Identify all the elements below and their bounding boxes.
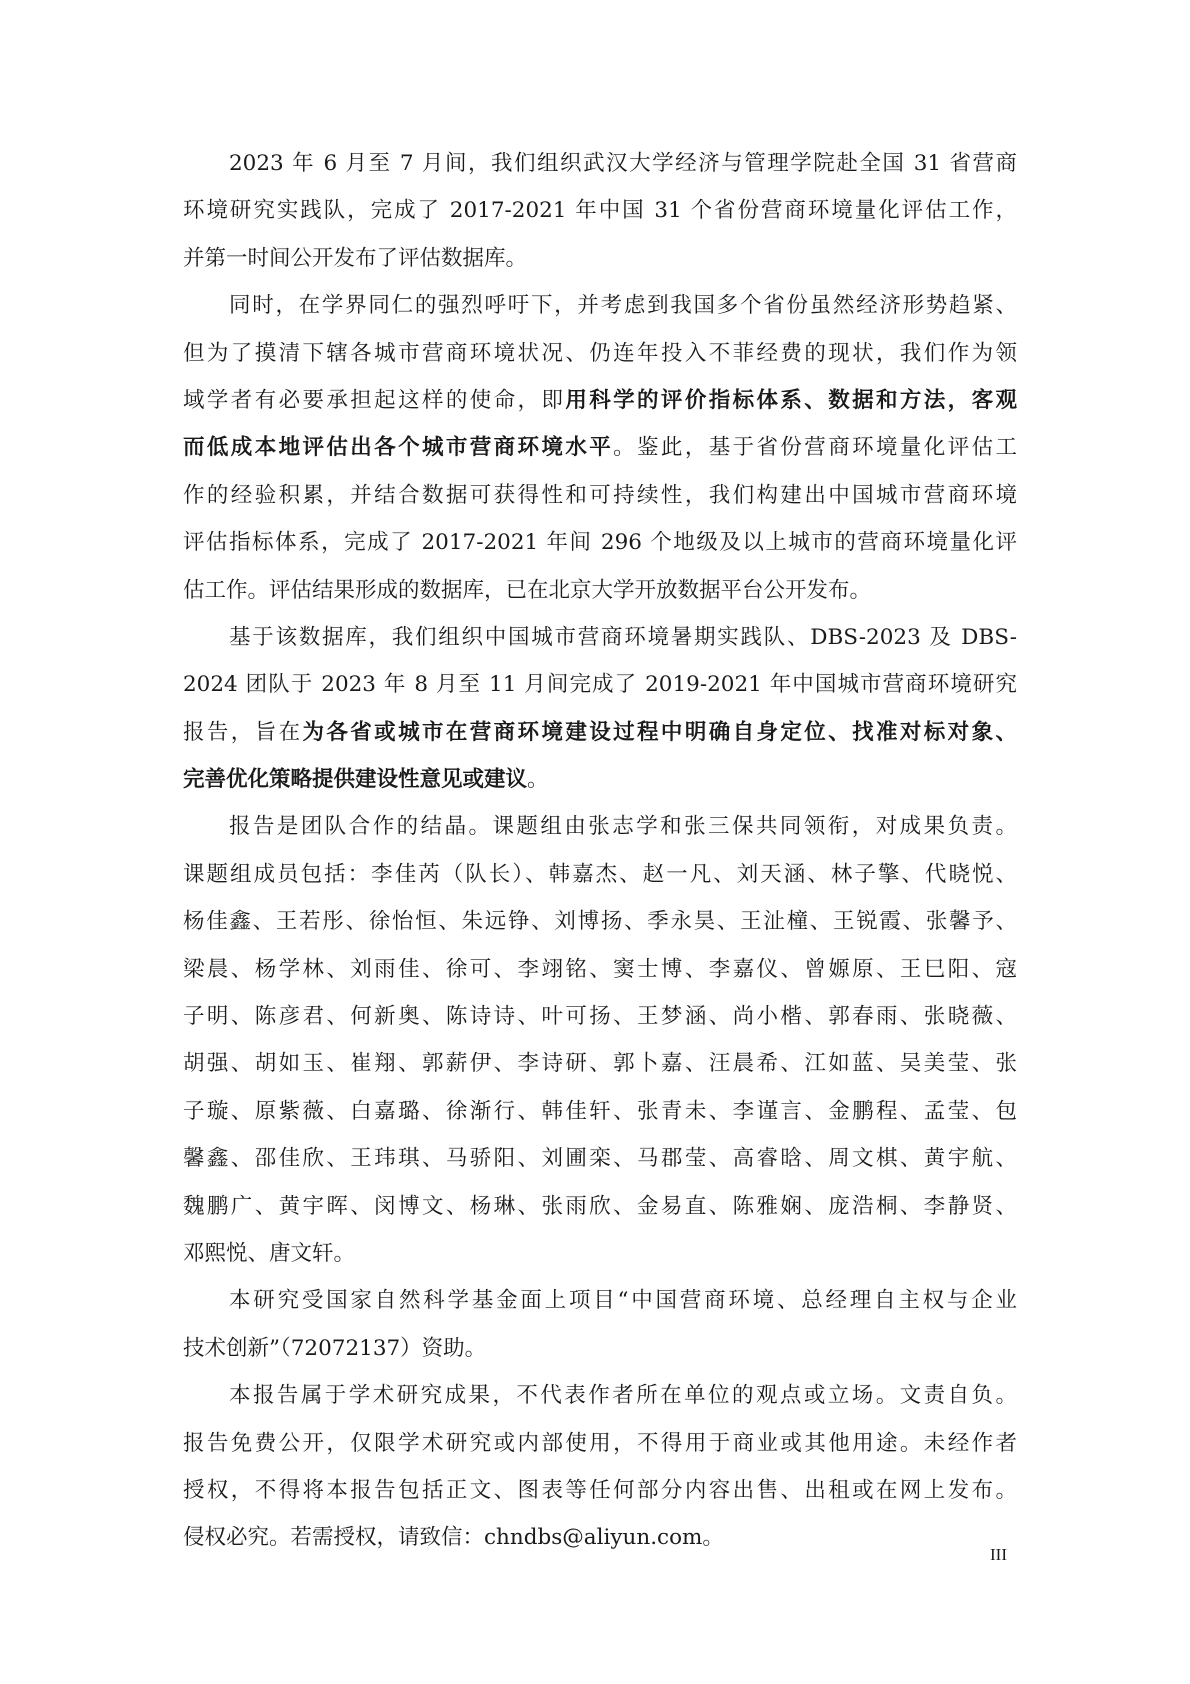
text-line: 馨鑫、邵佳欣、王玮琪、马骄阳、刘圃栾、马郡莹、高睿晗、周文棋、黄宇航、 xyxy=(183,1135,1017,1182)
text-line: 同时，在学界同仁的强烈呼吁下，并考虑到我国多个省份虽然经济形势趋紧、 xyxy=(183,282,1017,329)
text-line: 胡强、胡如玉、崔翔、郭薪伊、李诗研、郭卜嘉、汪晨希、江如蓝、吴美莹、张 xyxy=(183,1040,1017,1087)
text-line: 作的经验积累，并结合数据可获得性和可持续性，我们构建出中国城市营商环境 xyxy=(183,472,1017,519)
paragraph: 基于该数据库，我们组织中国城市营商环境暑期实践队、DBS-2023 及 DBS-… xyxy=(183,614,1017,804)
text-line: 完善优化策略提供建设性意见或建议。 xyxy=(183,756,1017,803)
text-line: 2023 年 6 月至 7 月间，我们组织武汉大学经济与管理学院赴全国 31 省… xyxy=(183,140,1017,187)
text-line: 2024 团队于 2023 年 8 月至 11 月间完成了 2019-2021 … xyxy=(183,661,1017,708)
text-line: 评估指标体系，完成了 2017-2021 年间 296 个地级及以上城市的营商环… xyxy=(183,519,1017,566)
text-line: 授权，不得将本报告包括正文、图表等任何部分内容出售、出租或在网上发布。 xyxy=(183,1467,1017,1514)
paragraph: 本报告属于学术研究成果，不代表作者所在单位的观点或立场。文责自负。报告免费公开，… xyxy=(183,1372,1017,1562)
document-body: 2023 年 6 月至 7 月间，我们组织武汉大学经济与管理学院赴全国 31 省… xyxy=(183,140,1017,1562)
text-line: 本研究受国家自然科学基金面上项目“中国营商环境、总经理自主权与企业 xyxy=(183,1277,1017,1324)
regular-text: 。鉴此，基于省份营商环境量化评估工 xyxy=(613,435,1017,460)
text-line: 课题组成员包括：李佳芮（队长）、韩嘉杰、赵一凡、刘天涵、林子擎、代晓悦、 xyxy=(183,851,1017,898)
text-line: 估工作。评估结果形成的数据库，已在北京大学开放数据平台公开发布。 xyxy=(183,567,1017,614)
text-line: 域学者有必要承担起这样的使命，即用科学的评价指标体系、数据和方法，客观 xyxy=(183,377,1017,424)
text-line: 环境研究实践队，完成了 2017-2021 年中国 31 个省份营商环境量化评估… xyxy=(183,187,1017,234)
text-line: 梁晨、杨学林、刘雨佳、徐可、李翊铭、窦士博、李嘉仪、曾嫄原、王巳阳、寇 xyxy=(183,946,1017,993)
bold-emphasis-text: 为各省或城市在营商环境建设过程中明确自身定位、找准对标对象、 xyxy=(302,720,1017,745)
regular-text: 域学者有必要承担起这样的使命，即 xyxy=(183,388,565,413)
text-line: 但为了摸清下辖各城市营商环境状况、仍连年投入不菲经费的现状，我们作为领 xyxy=(183,330,1017,377)
text-line: 魏鹏广、黄宇晖、闵博文、杨琳、张雨欣、金易直、陈雅娴、庞浩桐、李静贤、 xyxy=(183,1183,1017,1230)
bold-emphasis-text: 而低成本地评估出各个城市营商环境水平 xyxy=(183,435,613,460)
text-line: 并第一时间公开发布了评估数据库。 xyxy=(183,235,1017,282)
regular-text: 。 xyxy=(527,767,549,792)
bold-emphasis-text: 完善优化策略提供建设性意见或建议 xyxy=(183,767,527,792)
paragraph: 同时，在学界同仁的强烈呼吁下，并考虑到我国多个省份虽然经济形势趋紧、但为了摸清下… xyxy=(183,282,1017,614)
text-line: 杨佳鑫、王若彤、徐怡恒、朱远铮、刘博扬、季永昊、王沚橦、王锐霞、张馨予、 xyxy=(183,898,1017,945)
text-line: 子明、陈彦君、何新奥、陈诗诗、叶可扬、王梦涵、尚小楷、郭春雨、张晓薇、 xyxy=(183,993,1017,1040)
text-line: 基于该数据库，我们组织中国城市营商环境暑期实践队、DBS-2023 及 DBS- xyxy=(183,614,1017,661)
text-line: 报告，旨在为各省或城市在营商环境建设过程中明确自身定位、找准对标对象、 xyxy=(183,709,1017,756)
text-line: 子璇、原紫薇、白嘉璐、徐渐行、韩佳轩、张青未、李谨言、金鹏程、孟莹、包 xyxy=(183,1088,1017,1135)
regular-text: 报告，旨在 xyxy=(183,720,302,745)
bold-emphasis-text: 用科学的评价指标体系、数据和方法，客观 xyxy=(565,388,1017,413)
text-line: 本报告属于学术研究成果，不代表作者所在单位的观点或立场。文责自负。 xyxy=(183,1372,1017,1419)
text-line: 报告免费公开，仅限学术研究或内部使用，不得用于商业或其他用途。未经作者 xyxy=(183,1420,1017,1467)
paragraph: 本研究受国家自然科学基金面上项目“中国营商环境、总经理自主权与企业技术创新”（7… xyxy=(183,1277,1017,1372)
text-line: 侵权必究。若需授权，请致信：chndbs@aliyun.com。 xyxy=(183,1514,1017,1561)
text-line: 技术创新”（72072137）资助。 xyxy=(183,1325,1017,1372)
paragraph: 2023 年 6 月至 7 月间，我们组织武汉大学经济与管理学院赴全国 31 省… xyxy=(183,140,1017,282)
paragraph: 报告是团队合作的结晶。课题组由张志学和张三保共同领衔，对成果负责。课题组成员包括… xyxy=(183,803,1017,1277)
text-line: 邓熙悦、唐文轩。 xyxy=(183,1230,1017,1277)
page-number: III xyxy=(990,1545,1007,1565)
text-line: 而低成本地评估出各个城市营商环境水平。鉴此，基于省份营商环境量化评估工 xyxy=(183,424,1017,471)
text-line: 报告是团队合作的结晶。课题组由张志学和张三保共同领衔，对成果负责。 xyxy=(183,803,1017,850)
